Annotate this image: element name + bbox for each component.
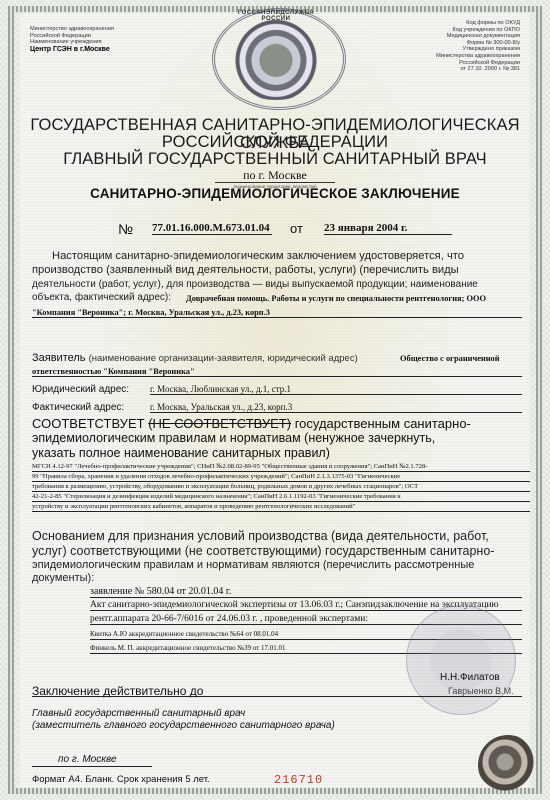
- signatory-title: Главный государственный санитарный врач: [32, 708, 245, 719]
- basis-line-3: эпидемиологическим правилам и нормативам…: [32, 559, 474, 572]
- basis-line-4: документы):: [32, 572, 94, 585]
- actual-address-label: Фактический адрес:: [32, 402, 124, 413]
- intro-line-1: Настоящим санитарно-эпидемиологическим з…: [52, 250, 464, 263]
- form-code-line: Медицинская документация: [436, 33, 520, 40]
- not-conforms-struck-text: (НЕ СООТВЕТСТВУЕТ): [148, 416, 291, 431]
- ministry-line: Российской Федерации: [30, 33, 114, 40]
- institution-name: Центр ГСЭН в г.Москве: [30, 47, 114, 54]
- conformity-line-3: указать полное наименование санитарных п…: [32, 446, 330, 460]
- conforms-text: СООТВЕТСТВУЕТ: [32, 416, 145, 431]
- ministry-line: Наименование учреждения: [30, 39, 114, 46]
- ministry-line: Министерство здравоохранения: [30, 26, 114, 33]
- regulations-list: МГСН 4.12-97 "Лечебно-профилактические у…: [32, 462, 530, 512]
- regulation-line: 99 "Правила сбора, хранения и удаления о…: [32, 472, 530, 482]
- document-title: САНИТАРНО-ЭПИДЕМИОЛОГИЧЕСКОЕ ЗАКЛЮЧЕНИЕ: [0, 186, 550, 201]
- signatory-stamp-name: Гаврыенко В.М.: [448, 686, 514, 696]
- conformity-line-2: эпидемиологическим правилам и нормативам…: [32, 431, 435, 445]
- conformity-line-1: СООТВЕТСТВУЕТ (НЕ СООТВЕТСТВУЕТ) государ…: [32, 416, 471, 431]
- object-address: "Компания "Вероника"; г. Москва, Уральск…: [32, 308, 522, 318]
- eagle-emblem-icon: [218, 12, 334, 100]
- signatory-deputy: (заместитель главного государственного с…: [32, 720, 335, 731]
- applicant-label: Заявитель: [32, 352, 86, 364]
- regulation-line: требования к размещению, устройству, обо…: [32, 482, 530, 492]
- applicant-row: Заявитель (наименование организации-заяв…: [32, 352, 358, 364]
- city-underline: [32, 766, 152, 767]
- applicant-hint: (наименование организации-заявителя, юри…: [89, 353, 358, 364]
- certificate-page: Министерство здравоохранения Российской …: [0, 0, 550, 800]
- form-code-line: Российской Федерации: [436, 60, 520, 67]
- intro-line-2: производство (заявленный вид деятельност…: [32, 264, 459, 277]
- regulation-line: МГСН 4.12-97 "Лечебно-профилактические у…: [32, 462, 530, 472]
- document-date: 23 января 2004 г.: [324, 222, 452, 235]
- footer-format: Формат А4. Бланк. Срок хранения 5 лет.: [32, 774, 210, 785]
- form-code-line: Код учреждения по ОКПО: [436, 27, 520, 34]
- activity-description: Доврачебная помощь. Работы и услуги по с…: [186, 294, 522, 303]
- legal-address-label: Юридический адрес:: [32, 384, 129, 395]
- document-number: 77.01.16.000.М.673.01.04: [152, 222, 272, 235]
- legal-address-value: г. Москва, Люблинская ул., д.1, стр.1: [150, 384, 522, 395]
- basis-line-2: услуг) соответствующими (не соответствую…: [32, 545, 494, 558]
- signatory-name: Н.Н.Филатов: [440, 672, 500, 683]
- official-seal-icon: [406, 605, 516, 715]
- ministry-header: Министерство здравоохранения Российской …: [30, 26, 114, 53]
- application-reference: заявление № 580.04 от 20.01.04 г.: [90, 586, 522, 598]
- heading-line-2: РОССИЙСКОЙ ФЕДЕРАЦИИ: [0, 133, 550, 151]
- validity-line: [32, 696, 522, 697]
- applicant-value-2: ответственностью "Компания "Вероника": [32, 367, 522, 377]
- form-codes: Код формы по ОКУД Код учреждения по ОКПО…: [436, 20, 520, 73]
- actual-address-value: г. Москва, Уральская ул., д.23, корп.3: [150, 402, 522, 413]
- emblem-text: ГОССАНЭПИДСЛУЖБА РОССИИ: [230, 10, 322, 22]
- number-label: №: [118, 221, 133, 237]
- conformity-continuation: государственным санитарно-: [295, 416, 471, 431]
- regulation-line: 42-21-2-85 "Стерилизация и дезинфекция и…: [32, 492, 530, 502]
- serial-number: 216710: [274, 773, 323, 787]
- hologram-sticker-icon: [478, 735, 538, 795]
- basis-line-1: Основанием для признания условий произво…: [32, 530, 489, 543]
- regulation-line: устройству и эксплуатации рентгеновских …: [32, 502, 530, 512]
- applicant-value-1: Общество с ограниченной: [400, 354, 500, 363]
- divider: [215, 182, 335, 183]
- heading-line-3: ГЛАВНЫЙ ГОСУДАРСТВЕННЫЙ САНИТАРНЫЙ ВРАЧ: [0, 150, 550, 168]
- form-code-line: Код формы по ОКУД: [436, 20, 520, 27]
- form-code-line: Утверждено приказом: [436, 46, 520, 53]
- form-code-line: Министерства здравоохранения: [436, 53, 520, 60]
- date-label: от: [290, 221, 303, 236]
- intro-line-3: деятельности (работ, услуг), для произво…: [32, 278, 478, 291]
- intro-line-4-label: объекта, фактический адрес):: [32, 291, 171, 304]
- heading-city: по г. Москве: [0, 168, 550, 183]
- form-code-line: Форма № 300-00-8/у: [436, 40, 520, 47]
- signatory-city: по г. Москве: [58, 754, 117, 765]
- form-code-line: от 27.10. 2000 г. № 381: [436, 66, 520, 73]
